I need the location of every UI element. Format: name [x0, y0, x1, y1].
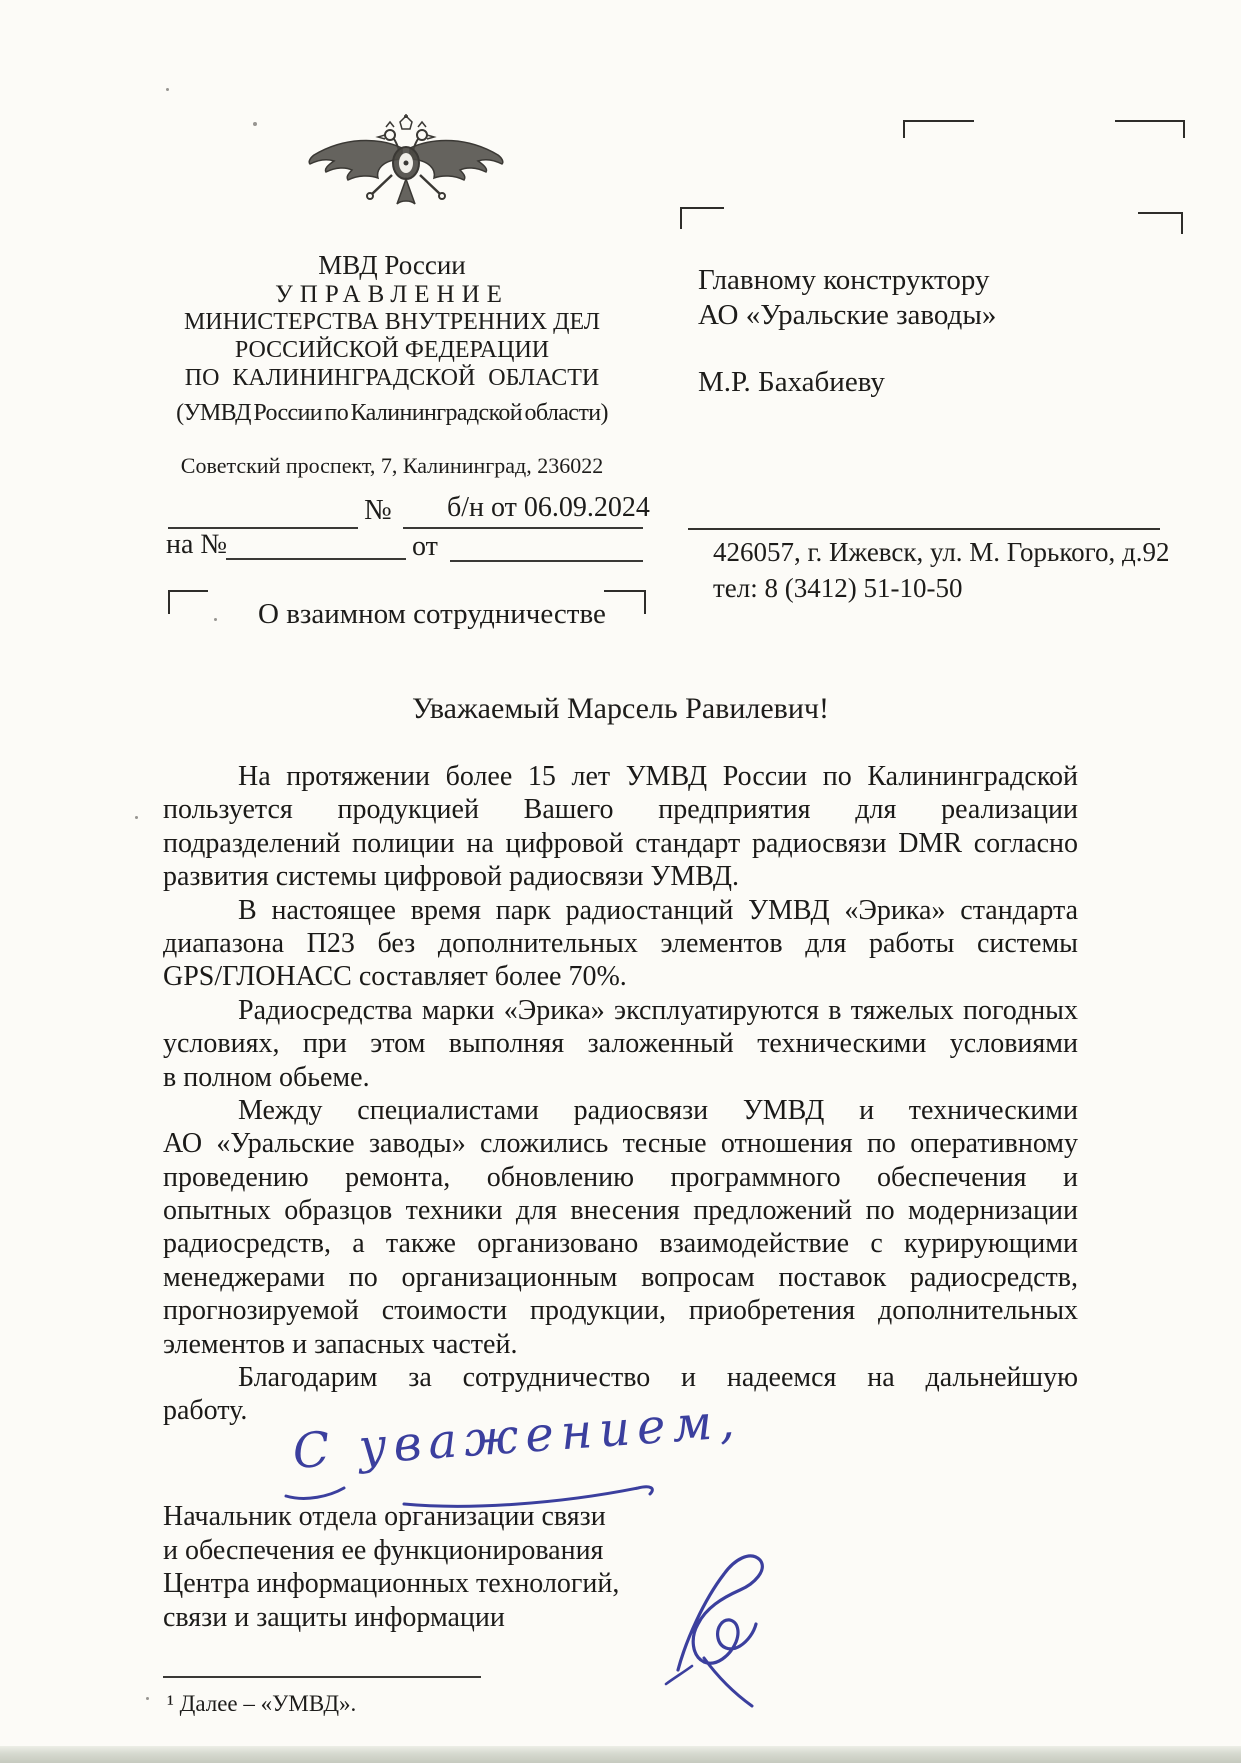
body-line: условиях, при этом выполняя заложенный т…	[163, 1027, 1078, 1060]
addressee-contact-rule	[688, 528, 1160, 530]
body-line: Между специалистами радиосвязи УМВД и те…	[163, 1094, 1078, 1127]
org-name-line: МИНИСТЕРСТВА ВНУТРЕННИХ ДЕЛ	[138, 308, 646, 336]
mvd-eagle-emblem	[300, 113, 512, 215]
corner-mark	[1138, 212, 1183, 234]
body-line: АО «Уральские заводы» сложились тесные о…	[163, 1127, 1078, 1160]
addressee-phone: тел: 8 (3412) 51-10-50	[713, 573, 962, 604]
letter-body: На протяжении более 15 лет УМВД России п…	[163, 760, 1078, 1428]
signer-position-block: Начальник отдела организации связии обес…	[163, 1500, 619, 1634]
org-address-line: Советский проспект, 7, Калининград, 2360…	[138, 453, 646, 479]
body-line: В настоящее время парк радиостанций УМВД…	[163, 894, 1078, 927]
corner-mark	[604, 590, 646, 614]
ref-blank-line	[168, 503, 358, 529]
footnote-text: ¹ Далее – «УМВД».	[167, 1691, 356, 1717]
scanned-letter-page: МВД РоссииУПРАВЛЕНИЕМИНИСТЕРСТВА ВНУТРЕН…	[0, 0, 1241, 1763]
body-line: элементов и запасных частей.	[163, 1328, 1078, 1361]
scan-speckle	[146, 1697, 149, 1700]
addressee-block: Главному конструкторуАО «Уральские завод…	[698, 263, 1178, 333]
scan-edge-band	[0, 1746, 1241, 1763]
corner-mark	[680, 207, 724, 229]
scan-speckle	[135, 816, 138, 819]
crown-icon	[400, 114, 412, 129]
org-name-line: МВД России	[138, 250, 646, 281]
body-line: GPS/ГЛОНАСС составляет более 70%.	[163, 960, 1078, 993]
org-name-line: ПО КАЛИНИНГРАДСКОЙ ОБЛАСТИ	[138, 364, 646, 392]
signer-position-line: Центра информационных технологий,	[163, 1567, 619, 1601]
scan-speckle	[214, 618, 217, 621]
body-line: радиосредств, а также организовано взаим…	[163, 1227, 1078, 1260]
org-name-line: УПРАВЛЕНИЕ	[138, 281, 646, 308]
body-line: менеджерами по организационным вопросам …	[163, 1261, 1078, 1294]
reply-no-label: на №	[166, 529, 227, 561]
addressee-postal-address: 426057, г. Ижевск, ул. М. Горького, д.92	[713, 537, 1169, 568]
footnote-rule	[163, 1676, 481, 1678]
signer-position-line: и обеспечения ее функционирования	[163, 1534, 619, 1568]
reply-date-blank-line	[450, 534, 643, 562]
signoff-underline-flourish	[286, 1488, 344, 1498]
signer-position-line: связи и защиты информации	[163, 1601, 619, 1635]
signature-scribble	[648, 1538, 823, 1708]
body-line: Радиосредства марки «Эрика» эксплуатирую…	[163, 994, 1078, 1027]
body-line: диапазона П23 без дополнительных элемент…	[163, 927, 1078, 960]
signer-position-line: Начальник отдела организации связи	[163, 1500, 619, 1534]
body-line: развития системы цифровой радиосвязи УМВ…	[163, 860, 1078, 893]
scan-speckle	[253, 122, 257, 126]
corner-mark	[1115, 120, 1185, 138]
subject-line: О взаимном сотрудничестве	[258, 598, 606, 631]
addressee-role-line: АО «Уральские заводы»	[698, 298, 1178, 333]
body-line: опытных образцов техники для внесения пр…	[163, 1194, 1078, 1227]
signoff-text: С уважением,	[291, 1412, 743, 1480]
addressee-role-line: Главному конструктору	[698, 263, 1178, 298]
body-line: прогнозируемой стоимости продукции, прио…	[163, 1294, 1078, 1327]
body-line: проведению ремонта, обновлению программн…	[163, 1161, 1078, 1194]
scan-speckle	[166, 88, 169, 91]
ref-no-symbol: №	[364, 494, 392, 527]
body-line: подразделений полиции на цифровой станда…	[163, 827, 1078, 860]
body-line: Благодарим за сотрудничество и надеемся …	[163, 1361, 1078, 1394]
reply-blank-line	[226, 532, 406, 560]
org-name-line: (УМВД России по Калининградской области)	[138, 399, 646, 427]
corner-mark	[903, 120, 974, 138]
salutation: Уважаемый Марсель Равилевич!	[163, 692, 1078, 726]
addressee-name: М.Р. Бахабиеву	[698, 366, 885, 399]
ref-blank-line	[403, 503, 643, 529]
corner-mark	[168, 590, 208, 614]
org-name-line: РОССИЙСКОЙ ФЕДЕРАЦИИ	[138, 336, 646, 364]
body-line: На протяжении более 15 лет УМВД России п…	[163, 760, 1078, 793]
body-line: пользуется продукцией Вашего предприятия…	[163, 793, 1078, 826]
org-name-block: МВД РоссииУПРАВЛЕНИЕМИНИСТЕРСТВА ВНУТРЕН…	[138, 250, 646, 427]
reply-from-label: от	[412, 531, 438, 563]
body-line: в полном обьеме.	[163, 1061, 1078, 1094]
